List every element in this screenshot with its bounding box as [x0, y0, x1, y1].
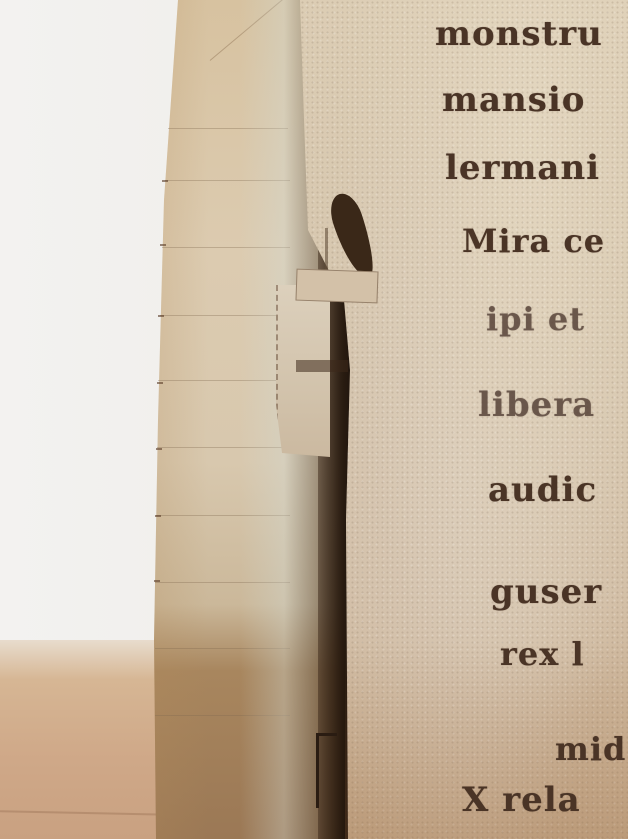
script-line-1: monstru — [435, 14, 603, 54]
script-line-10: mid — [555, 730, 626, 768]
script-line-2: mansio — [442, 80, 585, 120]
script-line-6: libera — [478, 385, 595, 425]
script-line-3: lermani — [445, 148, 600, 188]
script-line-7: audic — [488, 470, 597, 510]
tab-shadow — [296, 360, 348, 372]
script-line-9: rex l — [500, 635, 585, 673]
prick-mark — [154, 580, 160, 582]
ink-bracket-mark — [316, 733, 337, 808]
script-line-8: guser — [490, 572, 602, 612]
prick-mark — [162, 180, 168, 182]
script-line-5: ipi et — [486, 300, 585, 338]
prick-mark — [156, 448, 162, 450]
manuscript-photo: monstru mansio lermani Mira ce ipi et li… — [0, 0, 628, 839]
prick-mark — [157, 382, 163, 384]
script-line-11: X rela — [462, 780, 581, 820]
script-line-4: Mira ce — [462, 222, 605, 260]
prick-mark — [158, 315, 164, 317]
prick-mark — [160, 244, 166, 246]
prick-mark — [155, 515, 161, 517]
repair-tab-upper — [295, 269, 378, 304]
repair-tab-lower — [276, 285, 332, 459]
